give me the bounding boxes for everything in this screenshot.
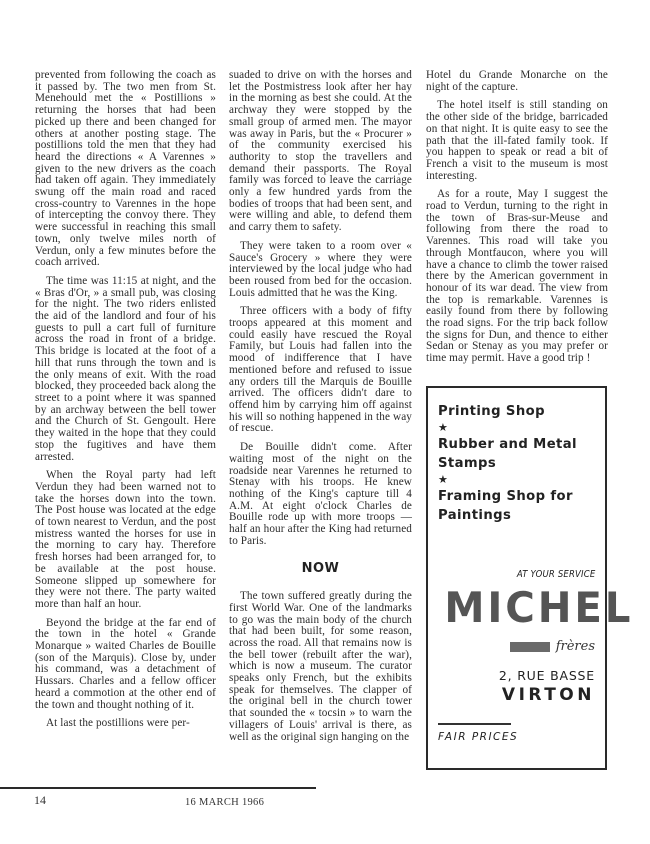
star-icon: ★ bbox=[438, 473, 595, 487]
article-paragraph: When the Royal party had left Verdun the… bbox=[35, 470, 216, 610]
star-icon: ★ bbox=[438, 421, 595, 435]
article-paragraph: Beyond the bridge at the far end of the … bbox=[35, 618, 216, 712]
ad-brand-suffix: frères bbox=[556, 639, 595, 654]
ad-slogan: FAIR PRICES bbox=[438, 731, 518, 743]
issue-date: 16 MARCH 1966 bbox=[185, 797, 264, 808]
section-heading-now: NOW bbox=[229, 563, 412, 575]
article-paragraph: suaded to drive on with the horses and l… bbox=[229, 70, 412, 234]
article-paragraph: As for a route, May I suggest the road t… bbox=[426, 189, 608, 365]
ad-brand-logo: MICHEL bbox=[444, 584, 597, 632]
article-column-3: Hotel du Grande Monarche on the night of… bbox=[426, 70, 608, 372]
footer-divider bbox=[0, 787, 316, 789]
ad-service-framing: Framing Shop for Paintings bbox=[438, 487, 595, 525]
article-paragraph: The time was 11:15 at night, and the « B… bbox=[35, 276, 216, 463]
ad-city: VIRTON bbox=[502, 685, 595, 705]
article-paragraph: Hotel du Grande Monarche on the night of… bbox=[426, 70, 608, 93]
article-column-1: prevented from following the coach as it… bbox=[35, 70, 216, 737]
article-paragraph: The town suffered greatly during the fir… bbox=[229, 591, 412, 743]
article-paragraph: Three officers with a body of fifty troo… bbox=[229, 306, 412, 435]
advertisement-box: Printing Shop ★ Rubber and Metal Stamps … bbox=[426, 386, 607, 770]
ad-service-stamps: Rubber and Metal Stamps bbox=[438, 435, 595, 473]
article-column-2: suaded to drive on with the horses and l… bbox=[229, 70, 412, 750]
page-number: 14 bbox=[34, 793, 46, 808]
ad-street-address: 2, RUE BASSE bbox=[499, 668, 595, 683]
ad-tagline: AT YOUR SERVICE bbox=[516, 569, 595, 580]
ad-service-printing: Printing Shop bbox=[438, 402, 595, 421]
article-paragraph: De Bouille didn't come. After waiting mo… bbox=[229, 442, 412, 547]
ad-divider bbox=[438, 723, 511, 725]
article-paragraph: They were taken to a room over « Sauce's… bbox=[229, 241, 412, 300]
logo-bar-decoration bbox=[510, 642, 550, 652]
article-paragraph: prevented from following the coach as it… bbox=[35, 70, 216, 269]
article-paragraph: At last the postillions were per- bbox=[35, 718, 216, 730]
article-paragraph: The hotel itself is still standing on th… bbox=[426, 100, 608, 182]
ad-brand-suffix-row: frères bbox=[510, 639, 595, 654]
